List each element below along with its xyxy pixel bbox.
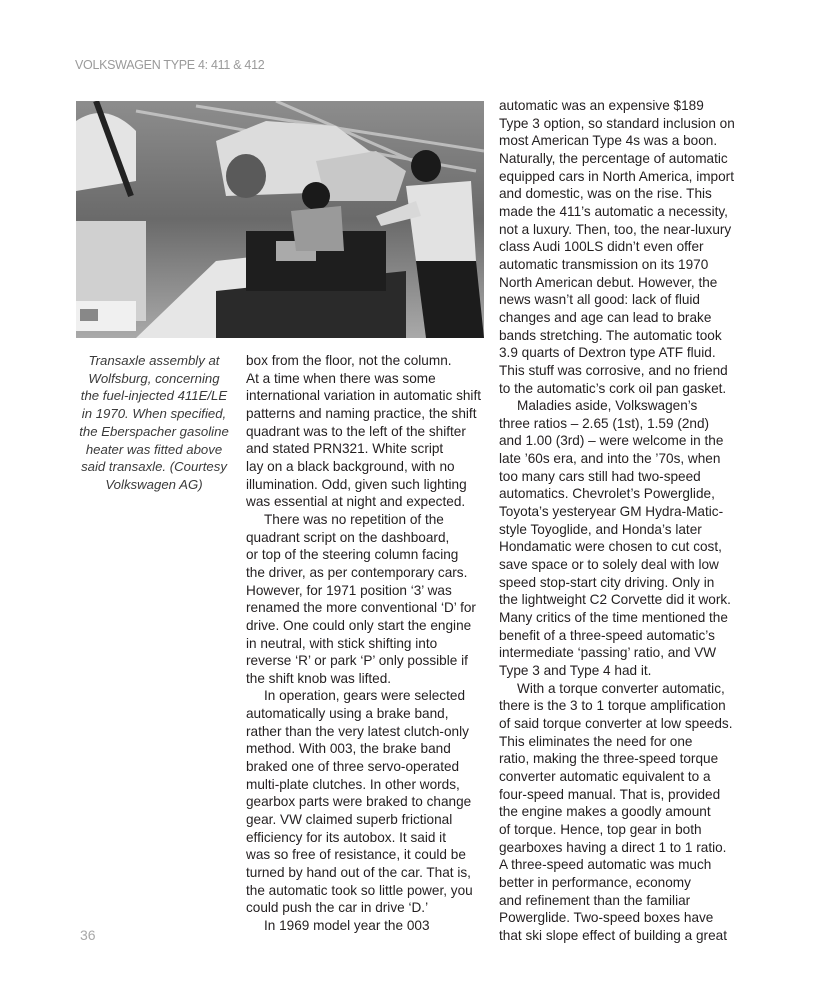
body-column-1: box from the floor, not the column.At a … [246, 352, 486, 935]
caption-line: said transaxle. (Courtesy [74, 458, 234, 476]
text-line: and domestic, was on the rise. This [499, 185, 749, 203]
text-line: of torque. Hence, top gear in both [499, 821, 749, 839]
text-line: the driver, as per contemporary cars. [246, 564, 486, 582]
text-line: quadrant was to the left of the shifter [246, 423, 486, 441]
text-line: In operation, gears were selected [246, 687, 486, 705]
text-line: In 1969 model year the 003 [246, 917, 486, 935]
text-line: changes and age can lead to brake [499, 309, 749, 327]
text-line: four-speed manual. That is, provided [499, 786, 749, 804]
text-line: the lightweight C2 Corvette did it work. [499, 591, 749, 609]
text-line: Powerglide. Two-speed boxes have [499, 909, 749, 927]
text-line: This stuff was corrosive, and no friend [499, 362, 749, 380]
caption-line: the fuel-injected 411E/LE [74, 387, 234, 405]
text-line: Type 3 option, so standard inclusion on [499, 115, 749, 133]
text-line: 3.9 quarts of Dextron type ATF fluid. [499, 344, 749, 362]
text-line: automatically using a brake band, [246, 705, 486, 723]
text-line: class Audi 100LS didn’t even offer [499, 238, 749, 256]
text-line: rather than the very latest clutch-only [246, 723, 486, 741]
text-line: most American Type 4s was a boon. [499, 132, 749, 150]
text-line: news wasn’t all good: lack of fluid [499, 291, 749, 309]
text-line: automatics. Chevrolet’s Powerglide, [499, 485, 749, 503]
text-line: of said torque converter at low speeds. [499, 715, 749, 733]
text-line: Naturally, the percentage of automatic [499, 150, 749, 168]
text-line: patterns and naming practice, the shift [246, 405, 486, 423]
caption-line: Transaxle assembly at [74, 352, 234, 370]
text-line: was essential at night and expected. [246, 493, 486, 511]
text-line: drive. One could only start the engine [246, 617, 486, 635]
text-line: lay on a black background, with no [246, 458, 486, 476]
text-line: and stated PRN321. White script [246, 440, 486, 458]
text-line: made the 411’s automatic a necessity, [499, 203, 749, 221]
page-number: 36 [80, 927, 96, 943]
text-line: style Toyoglide, and Honda’s later [499, 521, 749, 539]
text-line: gear. VW claimed superb frictional [246, 811, 486, 829]
text-line: With a torque converter automatic, [499, 680, 749, 698]
text-line: equipped cars in North America, import [499, 168, 749, 186]
text-line: efficiency for its autobox. It said it [246, 829, 486, 847]
text-line: three ratios – 2.65 (1st), 1.59 (2nd) [499, 415, 749, 433]
figure-caption: Transaxle assembly at Wolfsburg, concern… [74, 352, 234, 494]
text-line: that ski slope effect of building a grea… [499, 927, 749, 945]
text-line: or top of the steering column facing [246, 546, 486, 564]
text-line: benefit of a three-speed automatic’s [499, 627, 749, 645]
text-line: was so free of resistance, it could be [246, 846, 486, 864]
text-line: quadrant script on the dashboard, [246, 529, 486, 547]
text-line: too many cars still had two-speed [499, 468, 749, 486]
caption-line: Wolfsburg, concerning [74, 370, 234, 388]
text-line: box from the floor, not the column. [246, 352, 486, 370]
text-line: the automatic took so little power, you [246, 882, 486, 900]
text-line: ratio, making the three-speed torque [499, 750, 749, 768]
text-line: save space or to solely deal with low [499, 556, 749, 574]
text-line: the engine makes a goodly amount [499, 803, 749, 821]
text-line: in neutral, with stick shifting into [246, 635, 486, 653]
text-line: North American debut. However, the [499, 274, 749, 292]
text-line: braked one of three servo-operated [246, 758, 486, 776]
text-line: Many critics of the time mentioned the [499, 609, 749, 627]
caption-line: in 1970. When specified, [74, 405, 234, 423]
text-line: Type 3 and Type 4 had it. [499, 662, 749, 680]
text-line: method. With 003, the brake band [246, 740, 486, 758]
text-line: late ’60s era, and into the ’70s, when [499, 450, 749, 468]
text-line: automatic transmission on its 1970 [499, 256, 749, 274]
text-line: At a time when there was some [246, 370, 486, 388]
text-line: Toyota’s yesteryear GM Hydra-Matic- [499, 503, 749, 521]
text-line: the shift knob was lifted. [246, 670, 486, 688]
text-line: better in performance, economy [499, 874, 749, 892]
text-line: international variation in automatic shi… [246, 387, 486, 405]
text-line: speed stop-start city driving. Only in [499, 574, 749, 592]
text-line: there is the 3 to 1 torque amplification [499, 697, 749, 715]
caption-line: Volkswagen AG) [74, 476, 234, 494]
text-line: and 1.00 (3rd) – were welcome in the [499, 432, 749, 450]
text-line: renamed the more conventional ‘D’ for [246, 599, 486, 617]
text-line: and refinement than the familiar [499, 892, 749, 910]
text-line: to the automatic’s cork oil pan gasket. [499, 380, 749, 398]
text-line: multi-plate clutches. In other words, [246, 776, 486, 794]
text-line: bands stretching. The automatic took [499, 327, 749, 345]
text-line: reverse ‘R’ or park ‘P’ only possible if [246, 652, 486, 670]
caption-line: heater was fitted above [74, 441, 234, 459]
assembly-line-photo [76, 101, 484, 338]
caption-line: the Eberspacher gasoline [74, 423, 234, 441]
text-line: Maladies aside, Volkswagen’s [499, 397, 749, 415]
text-line: intermediate ‘passing’ ratio, and VW [499, 644, 749, 662]
running-head: VOLKSWAGEN TYPE 4: 411 & 412 [75, 58, 264, 72]
text-line: This eliminates the need for one [499, 733, 749, 751]
body-column-2: automatic was an expensive $189Type 3 op… [499, 97, 749, 945]
text-line: A three-speed automatic was much [499, 856, 749, 874]
text-line: gearbox parts were braked to change [246, 793, 486, 811]
text-line: turned by hand out of the car. That is, [246, 864, 486, 882]
text-line: There was no repetition of the [246, 511, 486, 529]
text-line: illumination. Odd, given such lighting [246, 476, 486, 494]
text-line: Hondamatic were chosen to cut cost, [499, 538, 749, 556]
text-line: not a luxury. Then, too, the near-luxury [499, 221, 749, 239]
text-line: gearboxes having a direct 1 to 1 ratio. [499, 839, 749, 857]
text-line: could push the car in drive ‘D.’ [246, 899, 486, 917]
text-line: converter automatic equivalent to a [499, 768, 749, 786]
text-line: automatic was an expensive $189 [499, 97, 749, 115]
text-line: However, for 1971 position ‘3’ was [246, 582, 486, 600]
